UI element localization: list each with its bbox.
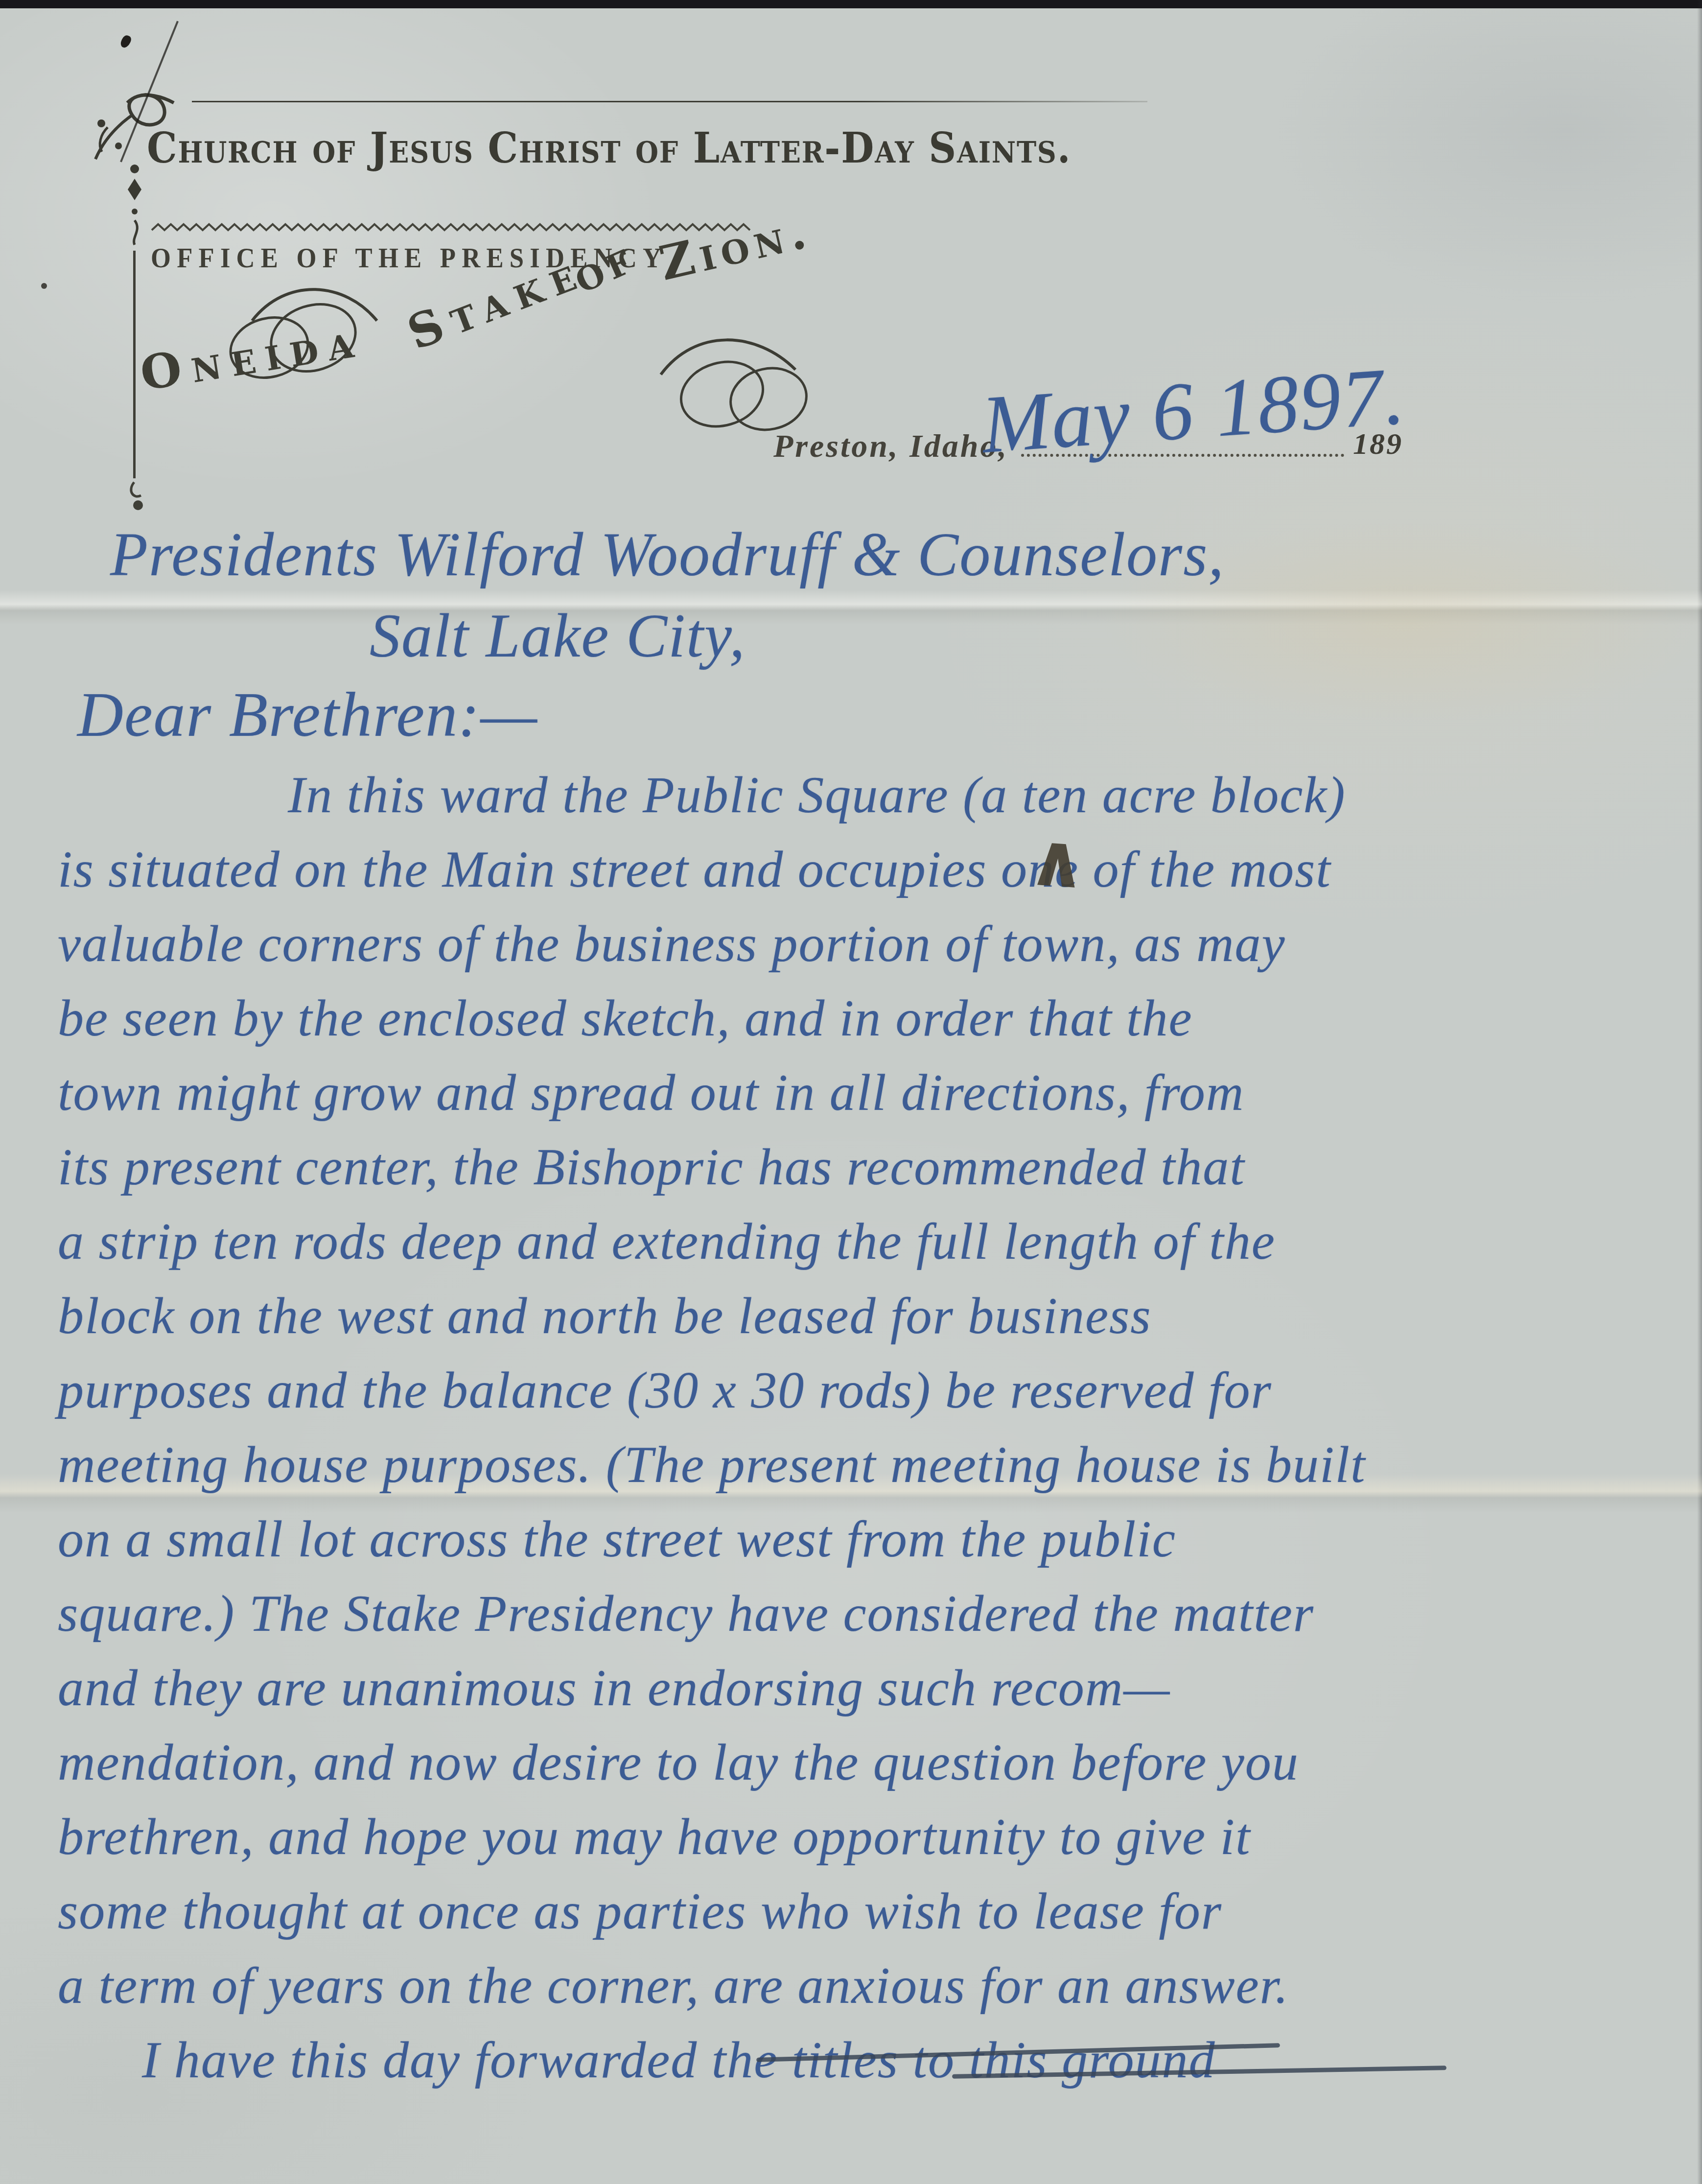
ink-blot (41, 283, 47, 289)
body-line: and they are unanimous in endorsing such… (58, 1651, 1366, 1725)
body-line: I have this day forwarded the titles to … (142, 2023, 1366, 2097)
ink-blot (119, 34, 132, 49)
scan-edge-top (0, 0, 1702, 8)
body-line: block on the west and north be leased fo… (58, 1279, 1366, 1353)
body-line: is situated on the Main street and occup… (58, 832, 1366, 907)
letter-page: Church of Jesus Christ of Latter-Day Sai… (0, 0, 1702, 2184)
body-line: In this ward the Public Square (a ten ac… (288, 758, 1366, 832)
body-line: purposes and the balance (30 x 30 rods) … (58, 1353, 1366, 1428)
dateline-place: Preston, Idaho, (773, 428, 1008, 464)
salutation: Dear Brethren:— (77, 678, 538, 751)
body-line: brethren, and hope you may have opportun… (58, 1800, 1366, 1874)
body-line: a term of years on the corner, are anxio… (58, 1949, 1366, 2023)
letterhead-stake-word: Zion. (654, 203, 816, 291)
body-line: some thought at once as parties who wish… (58, 1874, 1366, 1949)
letter-body: In this ward the Public Square (a ten ac… (58, 758, 1366, 2097)
pencil-caret-mark: ∧ (1025, 817, 1091, 906)
letterhead-church-name: Church of Jesus Christ of Latter-Day Sai… (147, 123, 1071, 173)
body-line: its present center, the Bishopric has re… (58, 1130, 1366, 1204)
body-line: town might grow and spread out in all di… (58, 1056, 1366, 1130)
body-line: valuable corners of the business portion… (58, 907, 1366, 981)
body-line: a strip ten rods deep and extending the … (58, 1204, 1366, 1279)
body-line: mendation, and now desire to lay the que… (58, 1725, 1366, 1800)
zigzag-rule (151, 221, 753, 234)
scan-edge-right (1697, 0, 1702, 2184)
body-line: on a small lot across the street west fr… (58, 1502, 1366, 1576)
letterhead-top-rule (192, 101, 1147, 102)
body-line: square.) The Stake Presidency have consi… (58, 1576, 1366, 1651)
recipient-city-line: Salt Lake City, (370, 601, 746, 672)
right-swash-ornament (649, 316, 815, 443)
body-line: be seen by the enclosed sketch, and in o… (58, 981, 1366, 1056)
recipient-line: Presidents Wilford Woodruff & Counselors… (110, 520, 1225, 590)
body-line: meeting house purposes. (The present mee… (58, 1428, 1366, 1502)
